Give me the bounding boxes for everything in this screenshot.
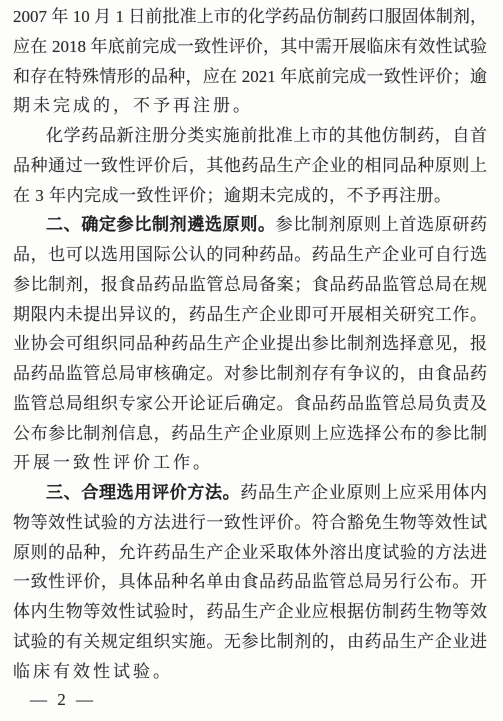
line-text: 体内生物等效性试验时，药品生产企业应根据仿制药生物等效性 — [13, 602, 487, 627]
line-text: 在 3 年内完成一致性评价；逾期未完成的，不予再注册。 — [13, 186, 452, 205]
section-heading-3: 三、合理选用评价方法。 — [46, 483, 240, 502]
line-text: 参比制剂，报食品药品监管总局备案；食品药品监管总局在规定 — [13, 275, 487, 300]
text-line: 公布参比制剂信息，药品生产企业原则上应选择公布的参比制剂 — [13, 419, 487, 449]
line-text: 品药品监管总局审核确定。对参比制剂存有争议的，由食品药品 — [13, 364, 487, 389]
line-text: 一致性评价，具体品种名单由食品药品监管总局另行公布。开展 — [13, 572, 487, 597]
line-text: 开展一致性评价工作。 — [13, 453, 213, 472]
text-line: 和存在特殊情形的品种，应在 2021 年底前完成一致性评价；逾 — [13, 62, 487, 92]
line-text: 临床有效性试验。 — [13, 662, 173, 681]
document-body: 2007 年 10 月 1 日前批准上市的化学药品仿制药口服固体制剂， 应在 2… — [13, 2, 487, 686]
text-line: 应在 2018 年底前完成一致性评价，其中需开展临床有效性试验 — [13, 32, 487, 62]
line-text: 化学药品新注册分类实施前批准上市的其他仿制药，自首家 — [13, 126, 487, 151]
line-text: 试验的有关规定组织实施。无参比制剂的，由药品生产企业进行 — [13, 632, 487, 657]
text-line: 期未完成的，不予再注册。 — [13, 91, 487, 121]
text-line: 试验的有关规定组织实施。无参比制剂的，由药品生产企业进行 — [13, 627, 487, 657]
text-line: 一致性评价，具体品种名单由食品药品监管总局另行公布。开展 — [13, 567, 487, 597]
text-line: 三、合理选用评价方法。药品生产企业原则上应采用体内生 — [13, 478, 487, 508]
text-line: 参比制剂，报食品药品监管总局备案；食品药品监管总局在规定 — [13, 270, 487, 300]
text-line: 期限内未提出异议的，药品生产企业即可开展相关研究工作。行 — [13, 300, 487, 330]
text-line: 临床有效性试验。 — [13, 657, 487, 687]
text-line: 监管总局组织专家公开论证后确定。食品药品监管总局负责及时 — [13, 389, 487, 419]
text-line: 品药品监管总局审核确定。对参比制剂存有争议的，由食品药品 — [13, 359, 487, 389]
line-text: 参比制剂原则上首选原研药 — [276, 215, 487, 234]
line-text: 业协会可组织同品种药品生产企业提出参比制剂选择意见，报食 — [13, 334, 487, 359]
line-text: 物等效性试验的方法进行一致性评价。符合豁免生物等效性试验 — [13, 513, 487, 538]
line-text: 监管总局组织专家公开论证后确定。食品药品监管总局负责及时 — [13, 394, 487, 419]
text-line: 开展一致性评价工作。 — [13, 448, 487, 478]
text-line: 品，也可以选用国际公认的同种药品。药品生产企业可自行选择 — [13, 240, 487, 270]
line-text: 品，也可以选用国际公认的同种药品。药品生产企业可自行选择 — [13, 245, 487, 270]
line-text: 和存在特殊情形的品种，应在 2021 年底前完成一致性评价；逾 — [13, 67, 487, 86]
section-heading-2: 二、确定参比制剂遴选原则。 — [46, 215, 276, 234]
text-line: 2007 年 10 月 1 日前批准上市的化学药品仿制药口服固体制剂， — [13, 2, 487, 32]
text-line: 业协会可组织同品种药品生产企业提出参比制剂选择意见，报食 — [13, 329, 487, 359]
text-line: 化学药品新注册分类实施前批准上市的其他仿制药，自首家 — [13, 121, 487, 151]
line-text: 期未完成的，不予再注册。 — [13, 96, 253, 115]
line-text: 原则的品种，允许药品生产企业采取体外溶出度试验的方法进行 — [13, 543, 487, 568]
line-text: 应在 2018 年底前完成一致性评价，其中需开展临床有效性试验 — [13, 37, 487, 56]
text-line: 物等效性试验的方法进行一致性评价。符合豁免生物等效性试验 — [13, 508, 487, 538]
text-line: 二、确定参比制剂遴选原则。参比制剂原则上首选原研药 — [13, 210, 487, 240]
line-text: 期限内未提出异议的，药品生产企业即可开展相关研究工作。行 — [13, 305, 487, 330]
line-text: 公布参比制剂信息，药品生产企业原则上应选择公布的参比制剂 — [13, 424, 487, 449]
document-page: 2007 年 10 月 1 日前批准上市的化学药品仿制药口服固体制剂， 应在 2… — [0, 0, 503, 721]
text-line: 在 3 年内完成一致性评价；逾期未完成的，不予再注册。 — [13, 181, 487, 211]
line-text: 品种通过一致性评价后，其他药品生产企业的相同品种原则上应 — [13, 156, 487, 181]
text-line: 品种通过一致性评价后，其他药品生产企业的相同品种原则上应 — [13, 151, 487, 181]
text-line: 体内生物等效性试验时，药品生产企业应根据仿制药生物等效性 — [13, 597, 487, 627]
text-line: 原则的品种，允许药品生产企业采取体外溶出度试验的方法进行 — [13, 538, 487, 568]
line-text: 2007 年 10 月 1 日前批准上市的化学药品仿制药口服固体制剂， — [13, 7, 487, 26]
page-number: — 2 — — [30, 687, 96, 713]
